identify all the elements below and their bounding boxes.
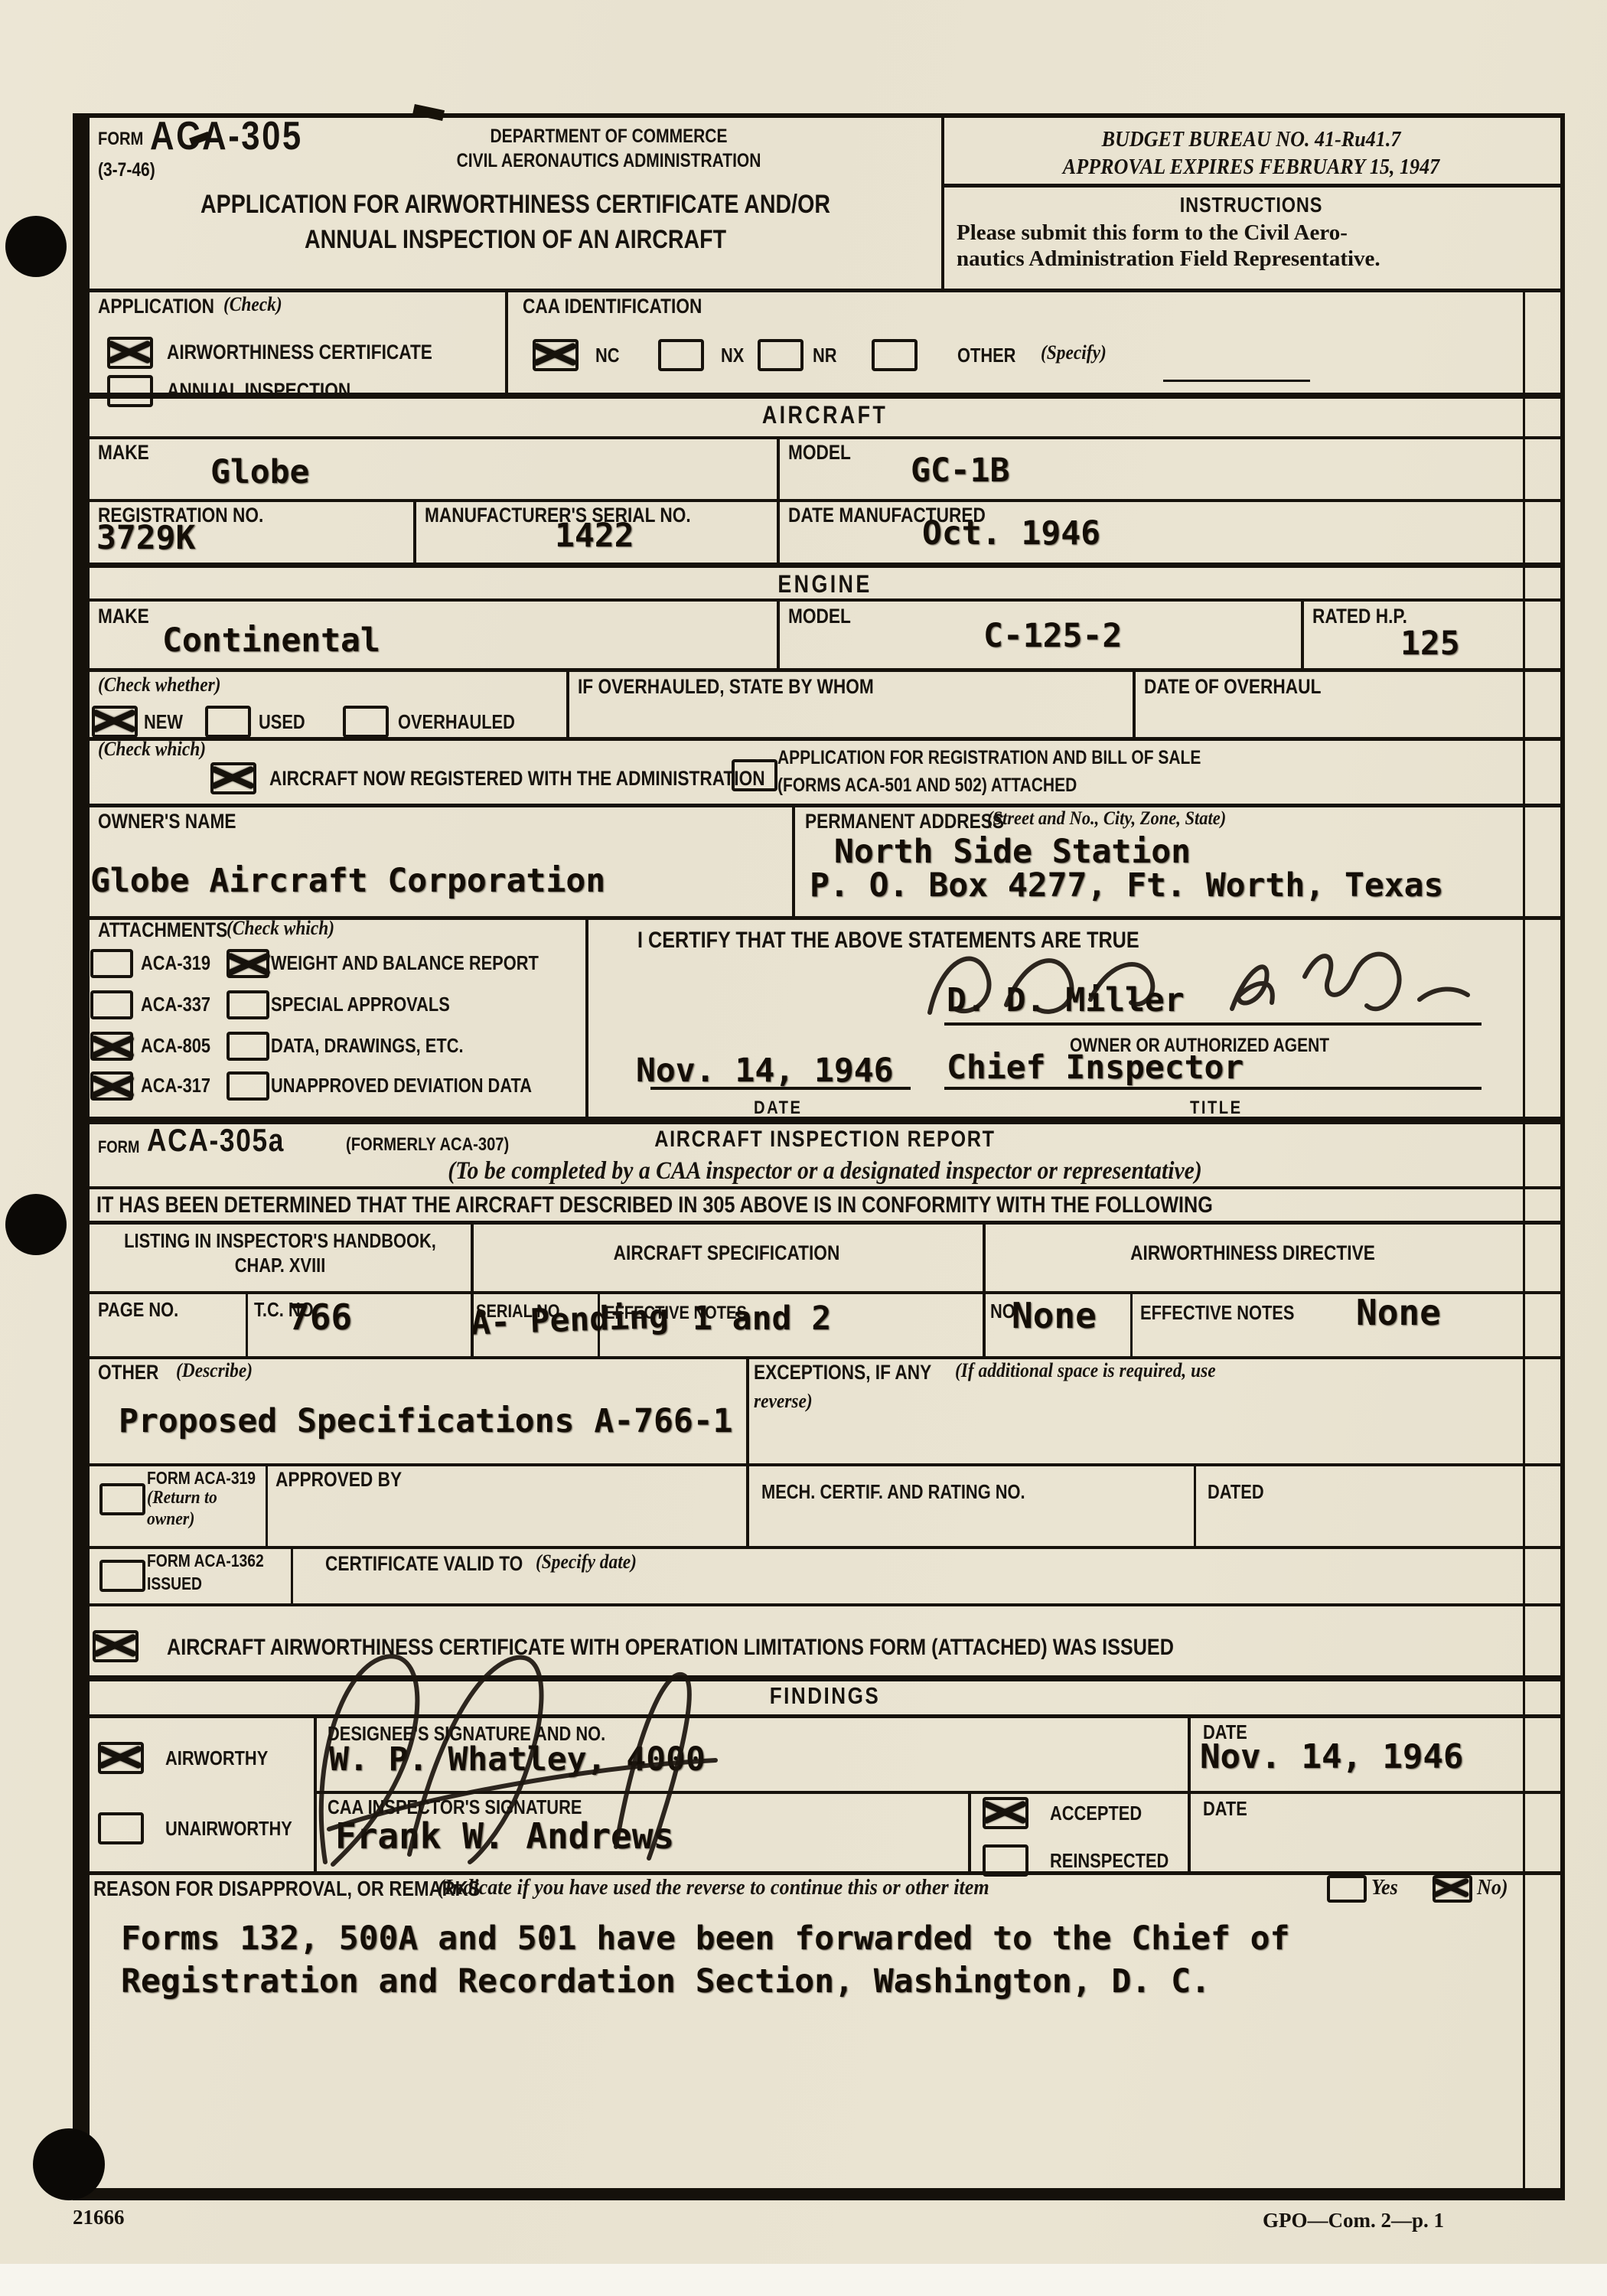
nx-checkbox[interactable] bbox=[658, 339, 704, 371]
divider bbox=[90, 598, 1560, 602]
exceptions-paren-line2: reverse) bbox=[754, 1390, 813, 1413]
divider bbox=[90, 563, 1560, 568]
divider bbox=[941, 184, 1560, 188]
cert-title-line[interactable] bbox=[944, 1087, 1482, 1090]
engine-make-value: Continental bbox=[162, 621, 380, 660]
divider bbox=[777, 436, 780, 563]
divider bbox=[585, 916, 588, 1120]
report-form-word: FORM bbox=[98, 1137, 139, 1157]
divider bbox=[90, 1221, 1560, 1225]
address-line2: P. O. Box 4277, Ft. Worth, Texas bbox=[810, 866, 1443, 905]
divider bbox=[90, 1356, 1560, 1359]
attachments-paren: (Check which) bbox=[227, 917, 334, 940]
engine-used-label: USED bbox=[259, 710, 305, 734]
engine-model-label: MODEL bbox=[788, 605, 851, 628]
address-line1: North Side Station bbox=[834, 833, 1191, 871]
divider bbox=[968, 1791, 971, 1871]
remarks-yes-checkbox[interactable] bbox=[1327, 1875, 1367, 1903]
permanent-address-paren: (Street and No., City, Zone, State) bbox=[987, 808, 1226, 830]
divider bbox=[90, 737, 1560, 741]
divider bbox=[1523, 289, 1525, 2188]
divider bbox=[566, 668, 569, 737]
divider bbox=[90, 804, 1560, 807]
form-aca-1362-issued-label: ISSUED bbox=[147, 1574, 202, 1594]
reinspected-label: REINSPECTED bbox=[1050, 1849, 1169, 1873]
remarks-text-line2: Registration and Recordation Section, Wa… bbox=[121, 1962, 1211, 2001]
tc-no-value: 766 bbox=[288, 1296, 352, 1338]
form-aca-1362-label: FORM ACA-1362 bbox=[147, 1551, 264, 1571]
rated-hp-label: RATED H.P. bbox=[1312, 605, 1407, 628]
nc-checkbox[interactable] bbox=[533, 339, 579, 371]
footer-serial: 21666 bbox=[73, 2206, 125, 2229]
annual-inspection-checkbox[interactable] bbox=[107, 375, 153, 407]
scan-edge bbox=[0, 2264, 1607, 2296]
form-aca-1362-checkbox[interactable] bbox=[99, 1560, 145, 1592]
divider bbox=[90, 1546, 1560, 1549]
unairworthy-checkbox[interactable] bbox=[98, 1812, 144, 1844]
instructions-title: INSTRUCTIONS bbox=[995, 193, 1508, 217]
nr-label: NR bbox=[813, 344, 837, 367]
remarks-paren: (Indicate if you have used the reverse t… bbox=[438, 1875, 989, 1900]
airworthiness-certificate-checkbox[interactable] bbox=[107, 337, 153, 369]
form-title-line1: APPLICATION FOR AIRWORTHINESS CERTIFICAT… bbox=[158, 190, 873, 220]
divider bbox=[777, 598, 780, 668]
caa-identification-label: CAA IDENTIFICATION bbox=[523, 295, 702, 318]
engine-used-checkbox[interactable] bbox=[205, 706, 251, 738]
footer-gpo: GPO—Com. 2—p. 1 bbox=[1263, 2209, 1444, 2232]
nx-label: NX bbox=[721, 344, 744, 367]
department-line1: DEPARTMENT OF COMMERCE bbox=[456, 126, 761, 148]
date-of-overhaul-label: DATE OF OVERHAUL bbox=[1144, 675, 1321, 699]
other-id-checkbox[interactable] bbox=[872, 339, 918, 371]
divider bbox=[983, 1221, 986, 1356]
engine-section-title: ENGINE bbox=[207, 570, 1442, 598]
aca-319-label: ACA-319 bbox=[141, 951, 210, 975]
form-title-line2: ANNUAL INSPECTION OF AN AIRCRAFT bbox=[158, 225, 873, 255]
aca-317-label: ACA-317 bbox=[141, 1074, 210, 1097]
punch-hole bbox=[5, 216, 67, 277]
budget-bureau-line1: BUDGET BUREAU NO. 41-Ru41.7 bbox=[976, 127, 1526, 152]
certificate-issued-checkbox[interactable] bbox=[93, 1630, 139, 1662]
other-describe-value: Proposed Specifications A-766-1 bbox=[119, 1402, 733, 1440]
annual-inspection-label: ANNUAL INSPECTION bbox=[167, 379, 350, 403]
mech-certif-label: MECH. CERTIF. AND RATING NO. bbox=[761, 1480, 1025, 1504]
listing-column-line1: LISTING IN INSPECTOR'S HANDBOOK, bbox=[120, 1229, 440, 1253]
findings-date2-label: DATE bbox=[1203, 1797, 1247, 1821]
findings-date-value: Nov. 14, 1946 bbox=[1200, 1737, 1463, 1776]
registration-application-label-line2: (FORMS ACA-501 AND 502) ATTACHED bbox=[777, 775, 1077, 797]
airworthy-checkbox[interactable] bbox=[98, 1742, 144, 1774]
divider bbox=[90, 1603, 1560, 1606]
engine-model-value: C-125-2 bbox=[983, 617, 1122, 655]
engine-overhauled-checkbox[interactable] bbox=[343, 706, 389, 738]
registered-label: AIRCRAFT NOW REGISTERED WITH THE ADMINIS… bbox=[269, 767, 765, 791]
divider bbox=[1133, 668, 1136, 737]
remarks-label: REASON FOR DISAPPROVAL, OR REMARKS bbox=[93, 1877, 480, 1901]
divider bbox=[1188, 1714, 1191, 1871]
aircraft-make-label: MAKE bbox=[98, 441, 149, 465]
divider bbox=[1194, 1463, 1196, 1546]
application-paren: (Check) bbox=[223, 293, 282, 316]
form-number: ACA-305 bbox=[150, 113, 303, 159]
check-which-label: (Check which) bbox=[98, 738, 206, 761]
overhauled-by-whom-label: IF OVERHAULED, STATE BY WHOM bbox=[578, 675, 874, 699]
directive-notes-value: None bbox=[1356, 1292, 1441, 1333]
special-approvals-checkbox[interactable] bbox=[227, 990, 269, 1019]
department-line2: CIVIL AERONAUTICS ADMINISTRATION bbox=[456, 150, 761, 172]
remarks-no-label: No) bbox=[1477, 1875, 1508, 1900]
divider bbox=[246, 1291, 248, 1356]
cert-date-value: Nov. 14, 1946 bbox=[636, 1052, 894, 1090]
divider bbox=[505, 289, 508, 393]
application-label: APPLICATION bbox=[98, 295, 214, 318]
date-manufactured-value: Oct. 1946 bbox=[922, 514, 1100, 553]
reinspected-checkbox[interactable] bbox=[983, 1844, 1028, 1877]
page-no-label: PAGE NO. bbox=[98, 1298, 178, 1322]
registered-checkbox[interactable] bbox=[210, 762, 256, 794]
aca-805-checkbox[interactable] bbox=[90, 1032, 133, 1061]
certificate-valid-to-paren: (Specify date) bbox=[536, 1551, 637, 1574]
nr-checkbox[interactable] bbox=[758, 339, 803, 371]
rated-hp-value: 125 bbox=[1400, 625, 1460, 663]
accepted-label: ACCEPTED bbox=[1050, 1802, 1142, 1825]
divider bbox=[792, 804, 795, 916]
engine-new-checkbox[interactable] bbox=[92, 706, 138, 738]
engine-new-label: NEW bbox=[144, 710, 183, 734]
aircraft-model-value: GC-1B bbox=[911, 452, 1009, 490]
divider bbox=[90, 1186, 1560, 1189]
divider bbox=[291, 1546, 293, 1603]
form-aca-319-return-line1: (Return to bbox=[147, 1488, 217, 1508]
data-drawings-checkbox[interactable] bbox=[227, 1032, 269, 1061]
remarks-yes-label: Yes bbox=[1371, 1875, 1398, 1900]
divider bbox=[90, 1117, 1560, 1124]
report-subtitle: (To be completed by a CAA inspector or a… bbox=[163, 1157, 1487, 1186]
form-aca-319-label: FORM ACA-319 bbox=[147, 1468, 256, 1489]
form-word-label: FORM bbox=[98, 129, 143, 150]
divider bbox=[90, 668, 1560, 672]
other-id-blank-line[interactable] bbox=[1163, 380, 1310, 382]
divider bbox=[266, 1463, 268, 1546]
designee-signature-scribble bbox=[268, 1629, 758, 1885]
certificate-valid-to-label: CERTIFICATE VALID TO bbox=[325, 1552, 523, 1576]
other-id-label: OTHER bbox=[957, 344, 1015, 367]
divider bbox=[1130, 1291, 1133, 1356]
cert-date-line[interactable] bbox=[650, 1087, 911, 1090]
form-edition: (3-7-46) bbox=[98, 159, 155, 181]
permanent-address-label: PERMANENT ADDRESS bbox=[805, 810, 1004, 833]
registration-no-value: 3729K bbox=[96, 519, 195, 557]
nc-label: NC bbox=[595, 344, 620, 367]
directive-notes-label: EFFECTIVE NOTES bbox=[1140, 1301, 1294, 1325]
directive-column-header: AIRWORTHINESS DIRECTIVE bbox=[1025, 1241, 1479, 1265]
aca-319-checkbox[interactable] bbox=[90, 949, 133, 978]
aircraft-section-title: AIRCRAFT bbox=[207, 401, 1442, 429]
aca-805-label: ACA-805 bbox=[141, 1034, 210, 1058]
aca-317-checkbox[interactable] bbox=[90, 1071, 133, 1101]
divider bbox=[413, 499, 416, 563]
owner-signature-line[interactable] bbox=[944, 1022, 1482, 1026]
aircraft-model-label: MODEL bbox=[788, 441, 851, 465]
engine-make-label: MAKE bbox=[98, 605, 149, 628]
weight-balance-checkbox[interactable] bbox=[227, 949, 269, 978]
aircraft-make-value: Globe bbox=[210, 453, 309, 491]
aca-337-label: ACA-337 bbox=[141, 993, 210, 1016]
airworthiness-certificate-label: AIRWORTHINESS CERTIFICATE bbox=[167, 341, 432, 364]
engine-overhauled-label: OVERHAULED bbox=[398, 710, 515, 734]
directive-no-value: None bbox=[1012, 1295, 1097, 1336]
instructions-body-line1: Please submit this form to the Civil Aer… bbox=[957, 220, 1348, 246]
cert-title-label: TITLE bbox=[1190, 1097, 1243, 1119]
divider bbox=[941, 113, 944, 289]
weight-balance-label: WEIGHT AND BALANCE REPORT bbox=[271, 951, 539, 975]
divider bbox=[746, 1356, 749, 1546]
owner-name-value: Globe Aircraft Corporation bbox=[90, 862, 605, 900]
instructions-body-line2: nautics Administration Field Representat… bbox=[957, 246, 1380, 272]
divider bbox=[90, 499, 1560, 502]
form-aca-319-checkbox[interactable] bbox=[99, 1483, 145, 1515]
punch-hole bbox=[33, 2128, 105, 2200]
scanned-form-page: FORM ACA-305 (3-7-46) DEPARTMENT OF COMM… bbox=[0, 0, 1607, 2296]
other-describe-paren: (Describe) bbox=[176, 1359, 253, 1382]
registration-application-label-line1: APPLICATION FOR REGISTRATION AND BILL OF… bbox=[777, 747, 1201, 769]
aca-337-checkbox[interactable] bbox=[90, 990, 133, 1019]
registration-application-checkbox[interactable] bbox=[732, 759, 777, 791]
attachments-label: ATTACHMENTS bbox=[98, 918, 227, 942]
data-drawings-label: DATA, DRAWINGS, ETC. bbox=[271, 1034, 464, 1058]
spec-notes-value: 1 and 2 bbox=[693, 1300, 831, 1338]
serial-no-value: 1422 bbox=[555, 517, 634, 555]
form-aca-319-return-line2: owner) bbox=[147, 1509, 194, 1530]
special-approvals-label: SPECIAL APPROVALS bbox=[271, 993, 450, 1016]
cert-date-label: DATE bbox=[754, 1097, 802, 1119]
check-whether-label: (Check whether) bbox=[98, 673, 221, 696]
unapproved-deviation-label: UNAPPROVED DEVIATION DATA bbox=[271, 1074, 532, 1097]
divider bbox=[90, 1463, 1560, 1466]
approved-by-label: APPROVED BY bbox=[275, 1468, 402, 1492]
remarks-no-checkbox[interactable] bbox=[1433, 1875, 1472, 1903]
cert-title-value: Chief Inspector bbox=[947, 1049, 1244, 1087]
divider bbox=[90, 436, 1560, 439]
accepted-checkbox[interactable] bbox=[983, 1797, 1028, 1829]
exceptions-label: EXCEPTIONS, IF ANY bbox=[754, 1361, 931, 1384]
divider bbox=[90, 289, 1560, 292]
spec-column-header: AIRCRAFT SPECIFICATION bbox=[512, 1241, 942, 1265]
remarks-text-line1: Forms 132, 500A and 501 have been forwar… bbox=[121, 1919, 1289, 1958]
divider bbox=[1301, 598, 1304, 668]
report-title: AIRCRAFT INSPECTION REPORT bbox=[207, 1127, 1442, 1153]
unapproved-deviation-checkbox[interactable] bbox=[227, 1071, 269, 1101]
other-describe-label: OTHER bbox=[98, 1361, 158, 1384]
punch-hole bbox=[5, 1194, 67, 1255]
airworthy-label: AIRWORTHY bbox=[165, 1746, 268, 1770]
exceptions-paren-line1: (If additional space is required, use bbox=[955, 1359, 1216, 1382]
other-id-paren: (Specify) bbox=[1041, 341, 1107, 364]
budget-bureau-line2: APPROVAL EXPIRES FEBRUARY 15, 1947 bbox=[976, 155, 1526, 180]
divider bbox=[90, 1291, 1560, 1294]
listing-column-line2: CHAP. XVIII bbox=[120, 1254, 440, 1277]
owner-name-label: OWNER'S NAME bbox=[98, 810, 236, 833]
dated-label: DATED bbox=[1208, 1480, 1264, 1504]
conformity-statement: IT HAS BEEN DETERMINED THAT THE AIRCRAFT… bbox=[96, 1192, 1213, 1218]
